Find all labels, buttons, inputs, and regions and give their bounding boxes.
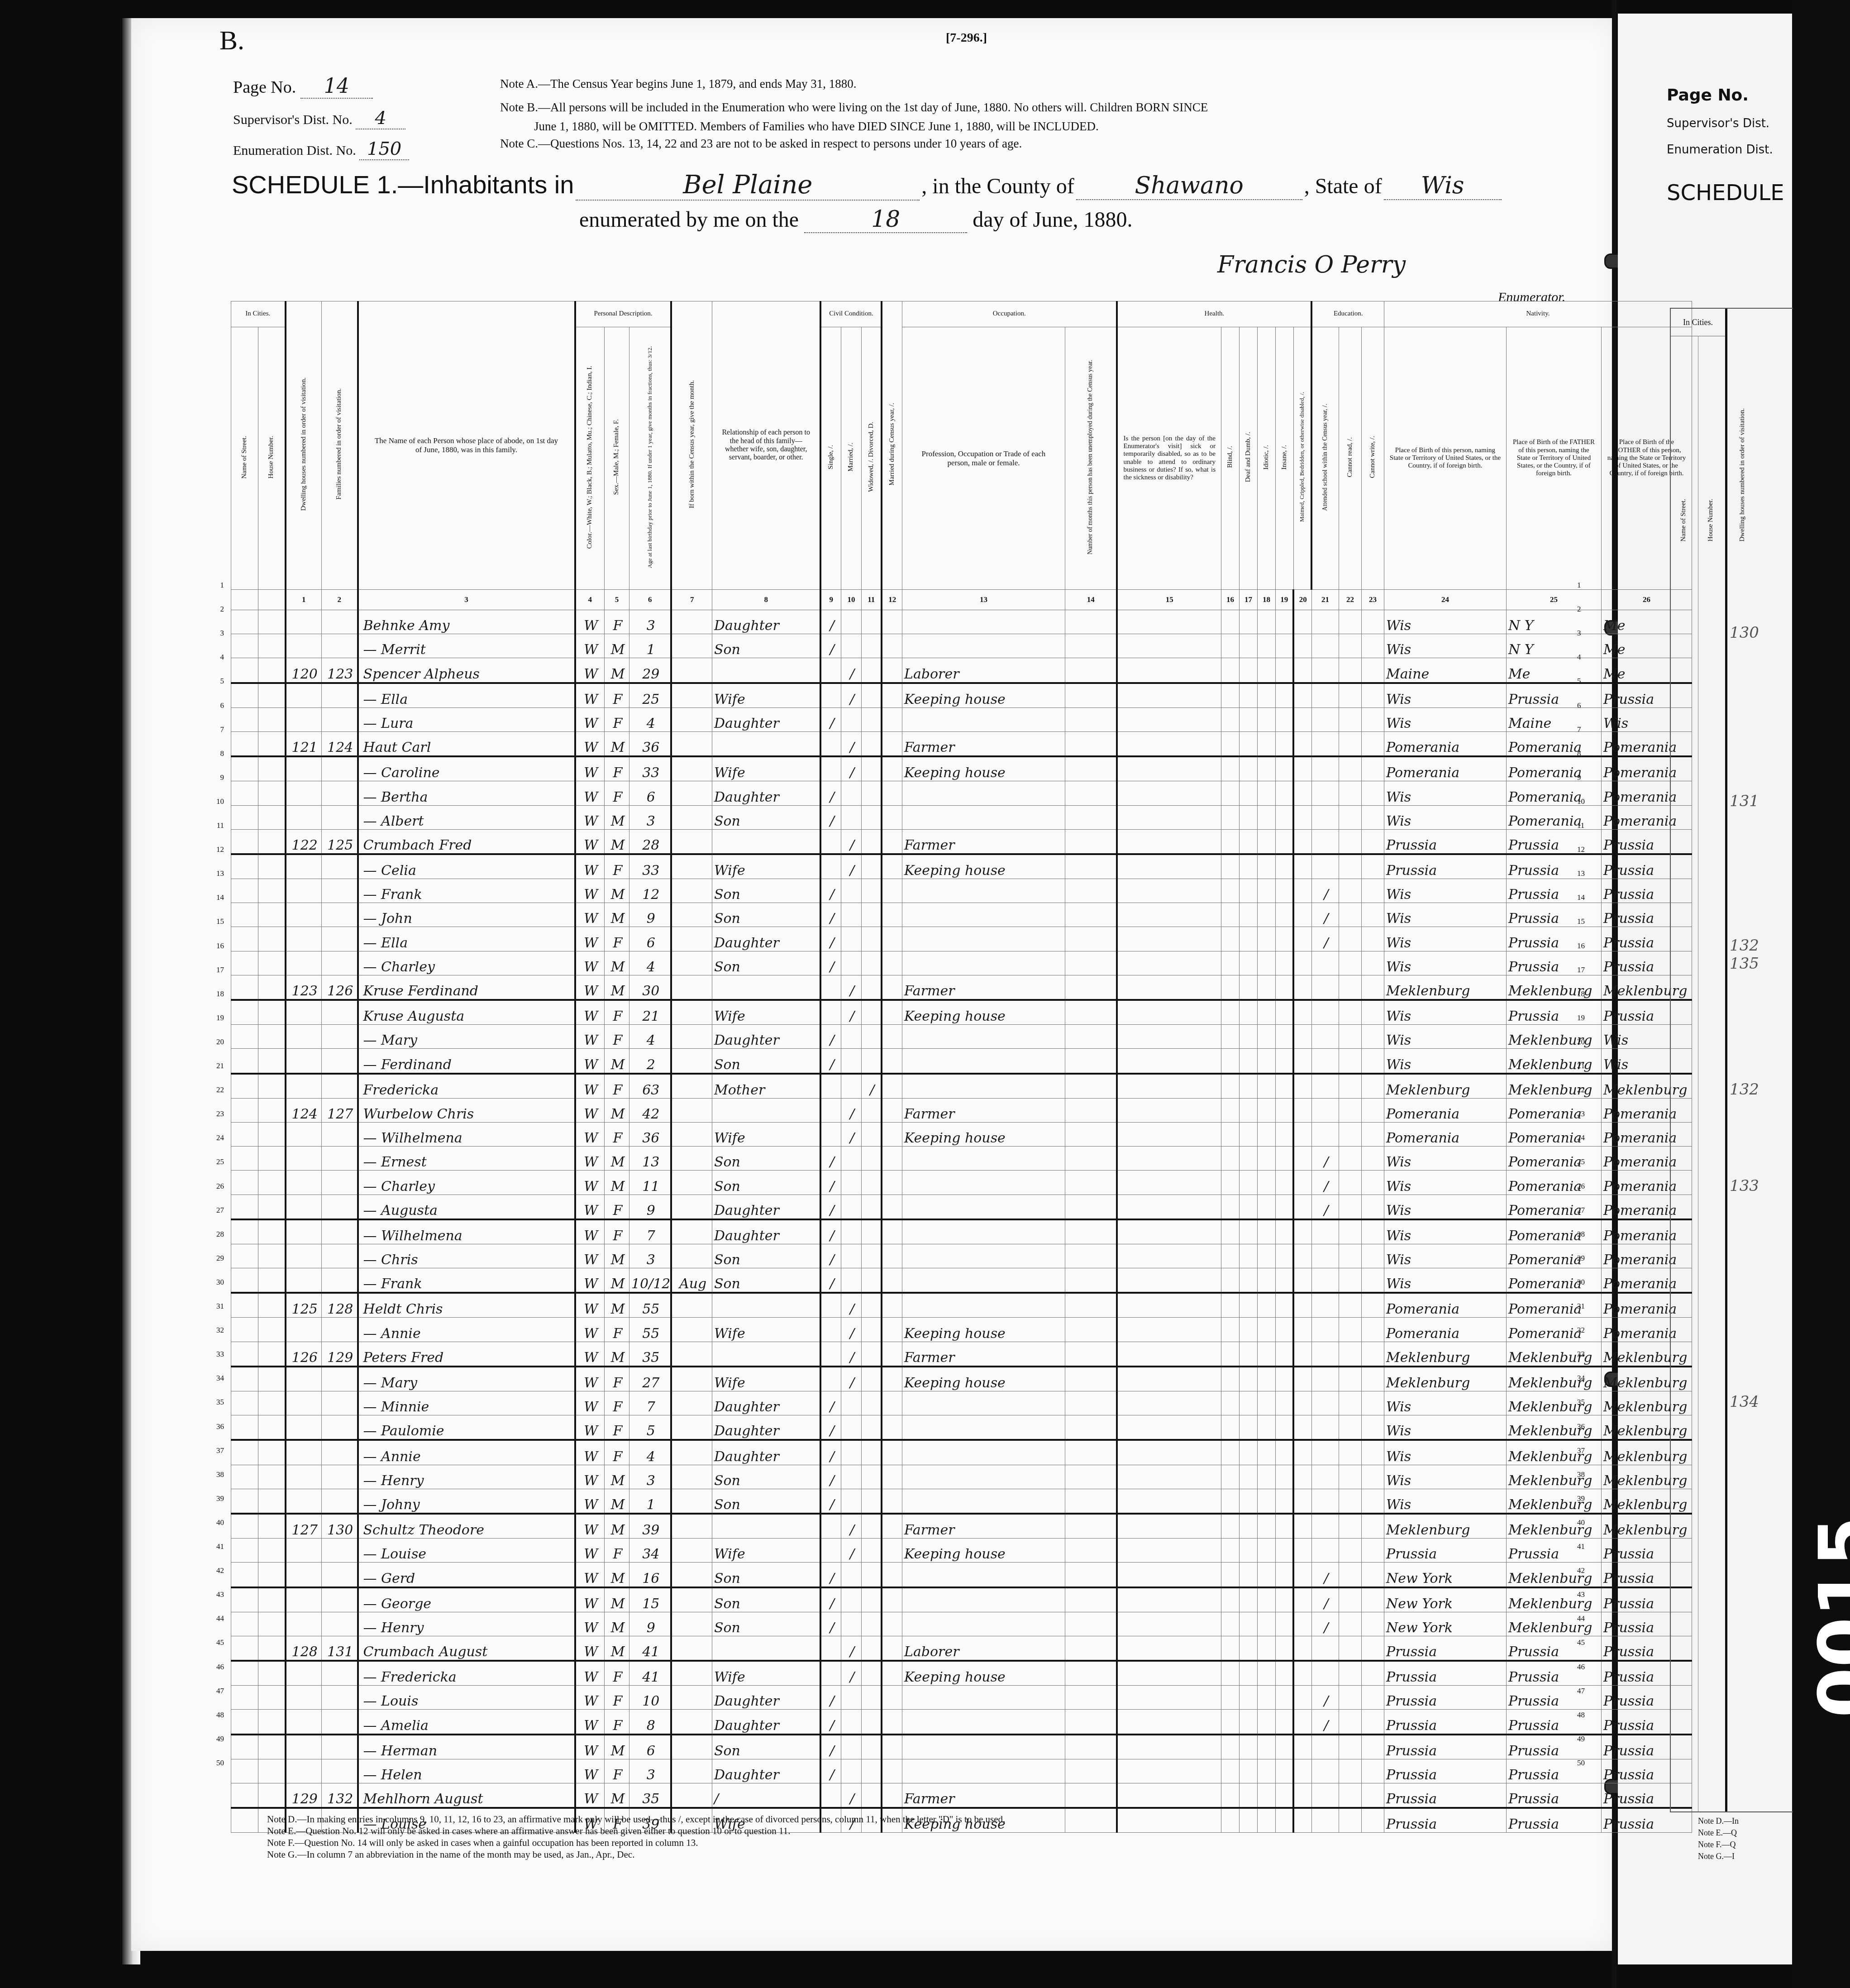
relationship-cell: Wife bbox=[712, 1122, 820, 1146]
maimed-cell bbox=[1293, 707, 1311, 731]
occupation-cell bbox=[902, 1049, 1065, 1074]
widowed-cell bbox=[861, 707, 882, 731]
house-cell bbox=[258, 1783, 286, 1808]
house-cell bbox=[258, 1612, 286, 1636]
cannot-write-cell bbox=[1361, 1710, 1384, 1735]
row-number-left: 9 bbox=[206, 773, 224, 782]
born-month-cell bbox=[671, 781, 712, 805]
row-number-right: 8 bbox=[1577, 749, 1595, 758]
row-number-right: 37 bbox=[1577, 1446, 1595, 1455]
age-cell: 63 bbox=[629, 1074, 672, 1099]
dwelling-cell bbox=[286, 1219, 322, 1244]
column-number: 16 bbox=[1221, 590, 1239, 610]
married-cell: / bbox=[841, 1514, 861, 1539]
relationship-cell: Wife bbox=[712, 1367, 820, 1391]
color-cell: W bbox=[575, 1268, 605, 1293]
sex-cell: M bbox=[605, 1049, 629, 1074]
married-year-cell bbox=[882, 634, 902, 658]
single-cell: / bbox=[820, 879, 841, 903]
maimed-cell bbox=[1293, 1195, 1311, 1219]
house-cell bbox=[258, 1318, 286, 1342]
sick-cell bbox=[1117, 879, 1221, 903]
insane-cell bbox=[1275, 829, 1293, 854]
deaf-cell bbox=[1239, 975, 1257, 1000]
adjacent-dwelling: Dwelling houses numbered in order of vis… bbox=[1739, 408, 1785, 544]
occupation-cell bbox=[902, 903, 1065, 927]
married-year-cell bbox=[882, 1318, 902, 1342]
cannot-write-cell bbox=[1361, 829, 1384, 854]
maimed-cell bbox=[1293, 1735, 1311, 1759]
dwelling-cell bbox=[286, 1049, 322, 1074]
unemployed-cell bbox=[1065, 1391, 1117, 1415]
insane-cell bbox=[1275, 1783, 1293, 1808]
row-number-right: 35 bbox=[1577, 1398, 1595, 1407]
cannot-read-cell bbox=[1339, 1171, 1361, 1195]
unemployed-cell bbox=[1065, 927, 1117, 951]
school-cell bbox=[1311, 1074, 1339, 1099]
school-cell bbox=[1311, 1735, 1339, 1759]
unemployed-cell bbox=[1065, 1219, 1117, 1244]
house-cell bbox=[258, 1587, 286, 1612]
film-stamp: 0015 bbox=[1803, 1516, 1850, 1718]
sex-cell: M bbox=[605, 805, 629, 829]
column-number bbox=[258, 590, 286, 610]
single-cell bbox=[820, 756, 841, 781]
sex-cell: M bbox=[605, 1489, 629, 1514]
school-cell bbox=[1311, 1293, 1339, 1318]
school-cell bbox=[1311, 707, 1339, 731]
cannot-read-cell bbox=[1339, 1318, 1361, 1342]
widowed-cell bbox=[861, 1171, 882, 1195]
col-born-month: If born within the Census year, give the… bbox=[671, 301, 712, 590]
sex-cell: F bbox=[605, 781, 629, 805]
single-cell bbox=[820, 1514, 841, 1539]
insane-cell bbox=[1275, 1440, 1293, 1465]
maimed-cell bbox=[1293, 1391, 1311, 1415]
color-cell: W bbox=[575, 1661, 605, 1686]
family-cell bbox=[322, 1391, 358, 1415]
occupation-cell bbox=[902, 927, 1065, 951]
birthplace-cell: Wis bbox=[1384, 1195, 1506, 1219]
deaf-cell bbox=[1239, 683, 1257, 708]
street-cell bbox=[231, 731, 258, 756]
insane-cell bbox=[1275, 731, 1293, 756]
row-number-right: 4 bbox=[1577, 653, 1595, 662]
family-cell bbox=[322, 1195, 358, 1219]
sick-cell bbox=[1117, 683, 1221, 708]
row-number-right: 45 bbox=[1577, 1638, 1595, 1647]
blind-cell bbox=[1221, 829, 1239, 854]
birthplace-cell: Meklenburg bbox=[1384, 1074, 1506, 1099]
cannot-read-cell bbox=[1339, 1415, 1361, 1440]
row-number-left: 34 bbox=[206, 1374, 224, 1383]
maimed-cell bbox=[1293, 1440, 1311, 1465]
street-cell bbox=[231, 1367, 258, 1391]
name-cell: Spencer Alpheus bbox=[358, 658, 575, 683]
family-cell: 124 bbox=[322, 731, 358, 756]
street-cell bbox=[231, 1098, 258, 1122]
row-number-right: 48 bbox=[1577, 1711, 1595, 1720]
school-cell bbox=[1311, 805, 1339, 829]
deaf-cell bbox=[1239, 1122, 1257, 1146]
occupation-cell bbox=[902, 1195, 1065, 1219]
idiotic-cell bbox=[1257, 1147, 1275, 1171]
row-number-left: 26 bbox=[206, 1182, 224, 1191]
family-cell bbox=[322, 1489, 358, 1514]
deaf-cell bbox=[1239, 1367, 1257, 1391]
birthplace-cell: Wis bbox=[1384, 1465, 1506, 1489]
column-number: 5 bbox=[605, 590, 629, 610]
row-number-left: 3 bbox=[206, 629, 224, 638]
table-row: — FrederickaWF41Wife/Keeping housePrussi… bbox=[231, 1661, 1692, 1686]
occupation-cell bbox=[902, 1465, 1065, 1489]
family-cell bbox=[322, 707, 358, 731]
cannot-write-cell bbox=[1361, 1489, 1384, 1514]
relationship-cell: Son bbox=[712, 951, 820, 975]
dwelling-cell bbox=[286, 1025, 322, 1049]
house-cell bbox=[258, 1415, 286, 1440]
born-month-cell bbox=[671, 1122, 712, 1146]
color-cell: W bbox=[575, 879, 605, 903]
house-cell bbox=[258, 1735, 286, 1759]
cannot-read-cell bbox=[1339, 879, 1361, 903]
adjacent-dwelling-entry: 132 bbox=[1730, 1080, 1759, 1099]
column-number: 21 bbox=[1311, 590, 1339, 610]
table-row: — FrankWM10/12AugSon/WisPomeraniaPomeran… bbox=[231, 1268, 1692, 1293]
age-cell: 6 bbox=[629, 927, 672, 951]
insane-cell bbox=[1275, 1808, 1293, 1833]
name-cell: — Minnie bbox=[358, 1391, 575, 1415]
single-cell bbox=[820, 658, 841, 683]
maimed-cell bbox=[1293, 951, 1311, 975]
sex-cell: M bbox=[605, 1465, 629, 1489]
idiotic-cell bbox=[1257, 1171, 1275, 1195]
name-cell: Crumbach Fred bbox=[358, 829, 575, 854]
cannot-read-cell bbox=[1339, 854, 1361, 879]
row-number-left: 42 bbox=[206, 1566, 224, 1575]
blind-cell bbox=[1221, 1415, 1239, 1440]
row-number-left: 17 bbox=[206, 965, 224, 975]
sick-cell bbox=[1117, 1661, 1221, 1686]
house-cell bbox=[258, 1686, 286, 1710]
insane-cell bbox=[1275, 1686, 1293, 1710]
column-number: 1 bbox=[286, 590, 322, 610]
father-birthplace-cell: Prussia bbox=[1506, 1808, 1601, 1833]
street-cell bbox=[231, 1440, 258, 1465]
widowed-cell bbox=[861, 805, 882, 829]
cannot-read-cell bbox=[1339, 1783, 1361, 1808]
unemployed-cell bbox=[1065, 610, 1117, 634]
color-cell: W bbox=[575, 731, 605, 756]
color-cell: W bbox=[575, 1195, 605, 1219]
street-cell bbox=[231, 1661, 258, 1686]
single-cell bbox=[820, 731, 841, 756]
dwelling-cell bbox=[286, 1244, 322, 1268]
street-cell bbox=[231, 1219, 258, 1244]
blind-cell bbox=[1221, 1000, 1239, 1025]
insane-cell bbox=[1275, 1415, 1293, 1440]
widowed-cell bbox=[861, 1098, 882, 1122]
married-cell bbox=[841, 1074, 861, 1099]
single-cell bbox=[820, 1293, 841, 1318]
married-year-cell bbox=[882, 658, 902, 683]
cannot-write-cell bbox=[1361, 1074, 1384, 1099]
row-number-left: 32 bbox=[206, 1326, 224, 1335]
sex-cell: M bbox=[605, 903, 629, 927]
dwelling-cell bbox=[286, 1735, 322, 1759]
deaf-cell bbox=[1239, 1195, 1257, 1219]
house-cell bbox=[258, 1489, 286, 1514]
row-number-right: 25 bbox=[1577, 1157, 1595, 1166]
street-cell bbox=[231, 1636, 258, 1661]
idiotic-cell bbox=[1257, 829, 1275, 854]
sex-cell: F bbox=[605, 1440, 629, 1465]
maimed-cell bbox=[1293, 1293, 1311, 1318]
table-row: — WilhelmenaWF36Wife/Keeping housePomera… bbox=[231, 1122, 1692, 1146]
family-cell: 129 bbox=[322, 1342, 358, 1367]
family-cell bbox=[322, 1686, 358, 1710]
blind-cell bbox=[1221, 1735, 1239, 1759]
col-sex: Sex.—Male, M.; Female, F. bbox=[605, 327, 629, 590]
idiotic-cell bbox=[1257, 1195, 1275, 1219]
birthplace-cell: Wis bbox=[1384, 951, 1506, 975]
idiotic-cell bbox=[1257, 756, 1275, 781]
house-cell bbox=[258, 879, 286, 903]
dwelling-cell: 126 bbox=[286, 1342, 322, 1367]
row-number-right: 32 bbox=[1577, 1326, 1595, 1335]
deaf-cell bbox=[1239, 805, 1257, 829]
relationship-cell: Son bbox=[712, 1147, 820, 1171]
insane-cell bbox=[1275, 1000, 1293, 1025]
sex-cell: F bbox=[605, 927, 629, 951]
deaf-cell bbox=[1239, 1171, 1257, 1195]
insane-cell bbox=[1275, 658, 1293, 683]
widowed-cell bbox=[861, 1049, 882, 1074]
birthplace-cell: Wis bbox=[1384, 1244, 1506, 1268]
unemployed-cell bbox=[1065, 1171, 1117, 1195]
deaf-cell bbox=[1239, 781, 1257, 805]
maimed-cell bbox=[1293, 1268, 1311, 1293]
name-cell: Crumbach August bbox=[358, 1636, 575, 1661]
school-cell bbox=[1311, 1342, 1339, 1367]
maimed-cell bbox=[1293, 1219, 1311, 1244]
married-cell bbox=[841, 1465, 861, 1489]
maimed-cell bbox=[1293, 781, 1311, 805]
sex-cell: F bbox=[605, 1195, 629, 1219]
unemployed-cell bbox=[1065, 951, 1117, 975]
born-month-cell bbox=[671, 1783, 712, 1808]
married-cell bbox=[841, 1049, 861, 1074]
married-year-cell bbox=[882, 1268, 902, 1293]
idiotic-cell bbox=[1257, 879, 1275, 903]
street-cell bbox=[231, 879, 258, 903]
column-number: 18 bbox=[1257, 590, 1275, 610]
sick-cell bbox=[1117, 903, 1221, 927]
color-cell: W bbox=[575, 1025, 605, 1049]
born-month-cell bbox=[671, 731, 712, 756]
single-cell bbox=[820, 1783, 841, 1808]
color-cell: W bbox=[575, 1735, 605, 1759]
occupation-cell: Keeping house bbox=[902, 854, 1065, 879]
cannot-read-cell bbox=[1339, 1808, 1361, 1833]
table-row: — GerdWM16Son//New YorkMeklenburgPrussia bbox=[231, 1563, 1692, 1587]
born-month-cell bbox=[671, 634, 712, 658]
age-cell: 41 bbox=[629, 1636, 672, 1661]
relationship-cell: Daughter bbox=[712, 1759, 820, 1783]
insane-cell bbox=[1275, 1514, 1293, 1539]
color-cell: W bbox=[575, 707, 605, 731]
cannot-read-cell bbox=[1339, 634, 1361, 658]
maimed-cell bbox=[1293, 854, 1311, 879]
single-cell bbox=[820, 1000, 841, 1025]
table-row: — ChrisWM3Son/WisPomeraniaPomerania bbox=[231, 1244, 1692, 1268]
married-cell bbox=[841, 805, 861, 829]
table-row: — BerthaWF6Daughter/WisPomeraniaPomerani… bbox=[231, 781, 1692, 805]
color-cell: W bbox=[575, 634, 605, 658]
house-cell bbox=[258, 731, 286, 756]
cannot-read-cell bbox=[1339, 731, 1361, 756]
married-cell bbox=[841, 1440, 861, 1465]
unemployed-cell bbox=[1065, 731, 1117, 756]
birthplace-cell: Wis bbox=[1384, 1171, 1506, 1195]
born-month-cell bbox=[671, 1710, 712, 1735]
idiotic-cell bbox=[1257, 1342, 1275, 1367]
row-number-right: 7 bbox=[1577, 725, 1595, 734]
married-year-cell bbox=[882, 1539, 902, 1563]
house-cell bbox=[258, 1636, 286, 1661]
sick-cell bbox=[1117, 1367, 1221, 1391]
sick-cell bbox=[1117, 1147, 1221, 1171]
married-year-cell bbox=[882, 1661, 902, 1686]
married-cell: / bbox=[841, 1783, 861, 1808]
name-cell: — Ernest bbox=[358, 1147, 575, 1171]
married-cell: / bbox=[841, 1098, 861, 1122]
insane-cell bbox=[1275, 781, 1293, 805]
house-cell bbox=[258, 1514, 286, 1539]
married-cell: / bbox=[841, 1122, 861, 1146]
column-number: 17 bbox=[1239, 590, 1257, 610]
birthplace-cell: Wis bbox=[1384, 879, 1506, 903]
name-cell: — Paulomie bbox=[358, 1415, 575, 1440]
street-cell bbox=[231, 829, 258, 854]
widowed-cell bbox=[861, 756, 882, 781]
occupation-cell: Farmer bbox=[902, 975, 1065, 1000]
sex-cell: M bbox=[605, 658, 629, 683]
school-cell bbox=[1311, 1025, 1339, 1049]
insane-cell bbox=[1275, 1367, 1293, 1391]
house-cell bbox=[258, 829, 286, 854]
table-row: — MinnieWF7Daughter/WisMeklenburgMeklenb… bbox=[231, 1391, 1692, 1415]
dwelling-cell: 125 bbox=[286, 1293, 322, 1318]
single-cell: / bbox=[820, 1710, 841, 1735]
idiotic-cell bbox=[1257, 1098, 1275, 1122]
born-month-cell bbox=[671, 1465, 712, 1489]
unemployed-cell bbox=[1065, 1025, 1117, 1049]
supervisor-label: Supervisor's Dist. No. bbox=[233, 112, 353, 127]
row-number-left: 49 bbox=[206, 1735, 224, 1744]
color-cell: W bbox=[575, 1539, 605, 1563]
sex-cell: M bbox=[605, 1783, 629, 1808]
house-cell bbox=[258, 1195, 286, 1219]
color-cell: W bbox=[575, 805, 605, 829]
name-cell: — Fredericka bbox=[358, 1661, 575, 1686]
widowed-cell bbox=[861, 1759, 882, 1783]
cannot-write-cell bbox=[1361, 1367, 1384, 1391]
age-cell: 41 bbox=[629, 1661, 672, 1686]
family-cell bbox=[322, 903, 358, 927]
widowed-cell bbox=[861, 1783, 882, 1808]
adjacent-divider bbox=[1698, 336, 1698, 1811]
cannot-read-cell bbox=[1339, 1759, 1361, 1783]
blind-cell bbox=[1221, 1147, 1239, 1171]
age-cell: 5 bbox=[629, 1415, 672, 1440]
relationship-cell: Son bbox=[712, 1465, 820, 1489]
sick-cell bbox=[1117, 805, 1221, 829]
relationship-cell: Mother bbox=[712, 1074, 820, 1099]
deaf-cell bbox=[1239, 1465, 1257, 1489]
day-value: 18 bbox=[804, 206, 967, 233]
dwelling-cell bbox=[286, 610, 322, 634]
name-cell: — Chris bbox=[358, 1244, 575, 1268]
sick-cell bbox=[1117, 1318, 1221, 1342]
insane-cell bbox=[1275, 1710, 1293, 1735]
born-month-cell bbox=[671, 1636, 712, 1661]
married-year-cell bbox=[882, 1244, 902, 1268]
married-year-cell bbox=[882, 731, 902, 756]
adjacent-in-cities: In Cities. bbox=[1671, 309, 1725, 336]
relationship-cell: Son bbox=[712, 1171, 820, 1195]
cannot-write-cell bbox=[1361, 658, 1384, 683]
adjacent-dwelling-entry: 133 bbox=[1730, 1177, 1759, 1195]
widowed-cell bbox=[861, 1587, 882, 1612]
widowed-cell bbox=[861, 1391, 882, 1415]
row-number-right: 11 bbox=[1577, 821, 1595, 830]
cannot-read-cell bbox=[1339, 1710, 1361, 1735]
sex-cell: M bbox=[605, 731, 629, 756]
color-cell: W bbox=[575, 610, 605, 634]
cannot-read-cell bbox=[1339, 1268, 1361, 1293]
deaf-cell bbox=[1239, 829, 1257, 854]
dwelling-cell bbox=[286, 1391, 322, 1415]
maimed-cell bbox=[1293, 1686, 1311, 1710]
row-number-right: 39 bbox=[1577, 1494, 1595, 1503]
maimed-cell bbox=[1293, 1783, 1311, 1808]
col-cannot-write: Cannot write, /. bbox=[1361, 327, 1384, 590]
row-number-right: 36 bbox=[1577, 1422, 1595, 1431]
relationship-cell bbox=[712, 731, 820, 756]
born-month-cell bbox=[671, 1489, 712, 1514]
unemployed-cell bbox=[1065, 1735, 1117, 1759]
blind-cell bbox=[1221, 1587, 1239, 1612]
unemployed-cell bbox=[1065, 1074, 1117, 1099]
maimed-cell bbox=[1293, 1612, 1311, 1636]
maimed-cell bbox=[1293, 829, 1311, 854]
col-birth-father: Place of Birth of the FATHER of this per… bbox=[1506, 327, 1601, 590]
married-cell bbox=[841, 707, 861, 731]
row-number-left: 50 bbox=[206, 1759, 224, 1768]
dwelling-cell: 123 bbox=[286, 975, 322, 1000]
family-cell: 127 bbox=[322, 1098, 358, 1122]
cannot-read-cell bbox=[1339, 1539, 1361, 1563]
house-cell bbox=[258, 1098, 286, 1122]
insane-cell bbox=[1275, 1219, 1293, 1244]
note-a: Note A.—The Census Year begins June 1, 1… bbox=[500, 77, 856, 91]
widowed-cell bbox=[861, 1661, 882, 1686]
single-cell: / bbox=[820, 1440, 841, 1465]
cannot-write-cell bbox=[1361, 1735, 1384, 1759]
birthplace-cell: Prussia bbox=[1384, 1661, 1506, 1686]
unemployed-cell bbox=[1065, 1759, 1117, 1783]
